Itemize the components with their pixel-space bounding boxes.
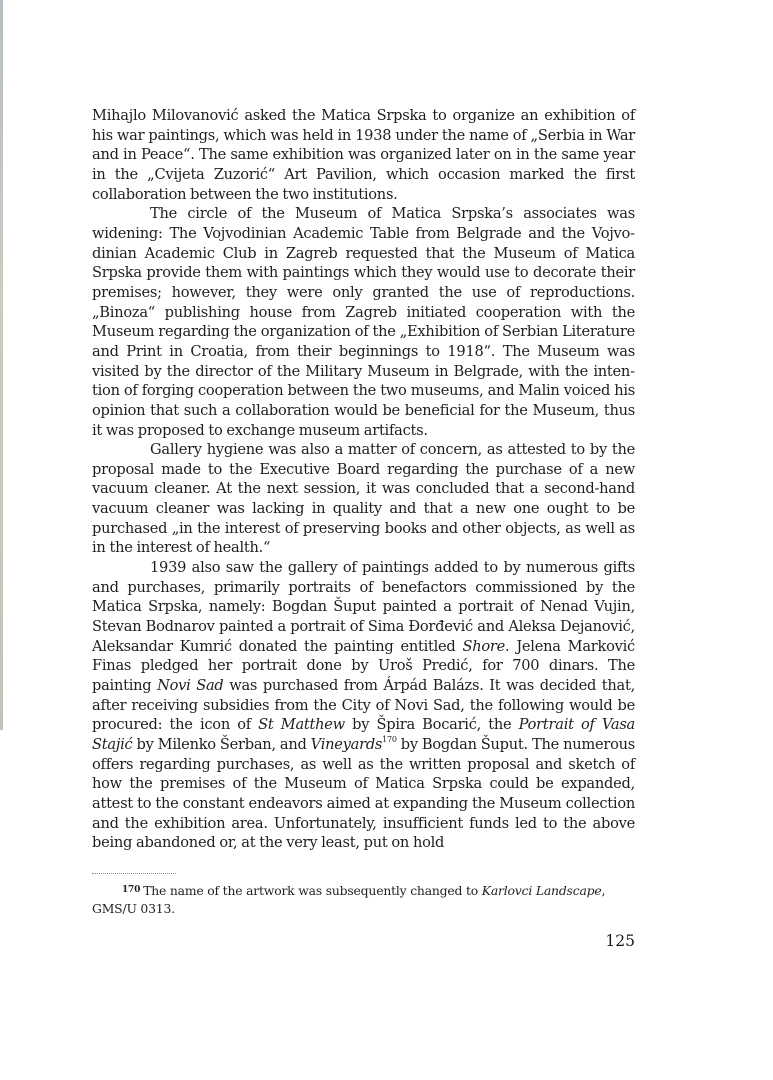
paragraph-1: Mihajlo Milovanović asked the Matica Srp…	[92, 106, 635, 204]
page-body: Mihajlo Milovanović asked the Matica Srp…	[92, 106, 635, 853]
artwork-title-shore: Shore	[462, 638, 505, 655]
artwork-title-st-matthew: St Matthew	[258, 716, 345, 733]
footnote-line-2: GMS/U 0313.	[92, 900, 635, 918]
paragraph-4: 1939 also saw the gallery of paintings a…	[92, 558, 635, 853]
page-edge-shadow	[0, 0, 3, 730]
footnote-artwork-title: Karlovci Landscape	[482, 883, 602, 898]
paragraph-3-text: Gallery hygiene was also a matter of con…	[92, 441, 635, 556]
paragraph-1-text: Mihajlo Milovanović asked the Matica Srp…	[92, 107, 635, 203]
paragraph-2: The circle of the Museum of Matica Srpsk…	[92, 204, 635, 440]
artwork-title-vineyards: Vineyards	[311, 736, 383, 753]
paragraph-4-text: by Milenko Šerban, and	[132, 736, 310, 753]
paragraph-2-text: The circle of the Museum of Matica Srpsk…	[92, 205, 635, 438]
footnote-number: 170	[122, 885, 140, 895]
footnote: 170The name of the artwork was subsequen…	[92, 882, 635, 917]
footnote-reference[interactable]: 170	[382, 735, 397, 744]
paragraph-3: Gallery hygiene was also a matter of con…	[92, 440, 635, 558]
body-text: Mihajlo Milovanović asked the Matica Srp…	[92, 106, 635, 853]
footnote-text-end: ,	[602, 883, 606, 898]
artwork-title-novi-sad: Novi Sad	[157, 677, 223, 694]
paragraph-4-text: by Bogdan Šuput. The numerous offers reg…	[92, 736, 635, 851]
footnote-line-1: 170The name of the artwork was subsequen…	[92, 882, 635, 900]
page-number: 125	[605, 932, 635, 950]
footnote-separator	[92, 873, 176, 874]
footnote-text: The name of the artwork was subsequently…	[143, 883, 482, 898]
paragraph-4-text: by Špira Bocarić, the	[345, 716, 519, 733]
